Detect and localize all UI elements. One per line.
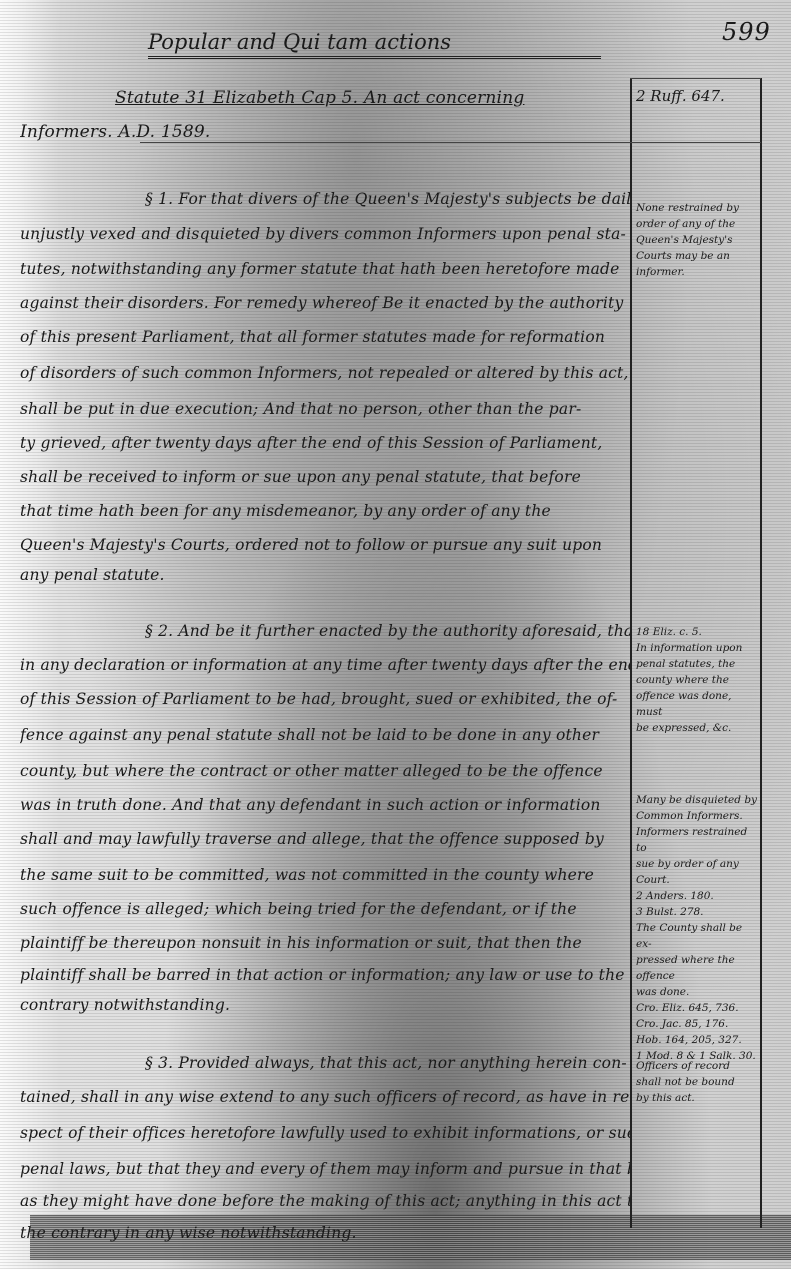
section-1-line: that time hath been for any misdemeanor,… xyxy=(20,502,630,520)
section-1-line: any penal statute. xyxy=(20,566,630,584)
section-3-line: the contrary in any wise notwithstanding… xyxy=(20,1224,630,1242)
section-1-line: ty grieved, after twenty days after the … xyxy=(20,434,630,452)
margin-column-rule-right xyxy=(760,78,762,1228)
section-2-line: such offence is alleged; which being tri… xyxy=(20,900,630,918)
section-1-line: tutes, notwithstanding any former statut… xyxy=(20,260,630,278)
section-1-line: of disorders of such common Informers, n… xyxy=(20,364,630,382)
section-2-line: was in truth done. And that any defendan… xyxy=(20,796,630,814)
section-3-line: spect of their offices heretofore lawful… xyxy=(20,1124,630,1142)
section-2-line: the same suit to be committed, was not c… xyxy=(20,866,630,884)
section-1-line: against their disorders. For remedy wher… xyxy=(20,294,630,312)
section-3-line: penal laws, but that they and every of t… xyxy=(20,1160,630,1178)
statute-title-line-2: Informers. A.D. 1589. xyxy=(20,122,630,142)
margin-note-section-2-statute: 18 Eliz. c. 5. In information upon penal… xyxy=(636,624,758,736)
section-2-line: contrary notwithstanding. xyxy=(20,996,630,1014)
section-1-line: of this present Parliament, that all for… xyxy=(20,328,630,346)
section-1-line: unjustly vexed and disquieted by divers … xyxy=(20,225,630,243)
section-2-line: plaintiff be thereupon nonsuit in his in… xyxy=(20,934,630,952)
section-1-line: § 1. For that divers of the Queen's Maje… xyxy=(20,190,630,208)
margin-note-section-2-references: Many be disquieted by Common Informers. … xyxy=(636,792,758,1064)
section-2-line: fence against any penal statute shall no… xyxy=(20,726,630,744)
section-3-line: tained, shall in any wise extend to any … xyxy=(20,1088,630,1106)
section-3-line: as they might have done before the makin… xyxy=(20,1192,630,1210)
margin-column-rule-left xyxy=(630,78,632,1228)
title-top-rule xyxy=(630,78,761,79)
section-1-line: shall be put in due execution; And that … xyxy=(20,400,630,418)
section-1-line: shall be received to inform or sue upon … xyxy=(20,468,630,486)
margin-note-section-3: Officers of record shall not be bound by… xyxy=(636,1058,758,1106)
statute-title: Statute 31 Elizabeth Cap 5. An act conce… xyxy=(115,88,524,108)
section-3-line: § 3. Provided always, that this act, nor… xyxy=(20,1054,630,1072)
margin-note-section-1: None restrained by order of any of the Q… xyxy=(636,200,758,280)
title-bottom-rule xyxy=(140,142,761,143)
section-2-line: in any declaration or information at any… xyxy=(20,656,630,674)
margin-reference-title: 2 Ruff. 647. xyxy=(636,88,758,104)
section-2-line: county, but where the contract or other … xyxy=(20,762,630,780)
statute-title-line-1: Statute 31 Elizabeth Cap 5. An act conce… xyxy=(20,88,630,108)
section-2-line: § 2. And be it further enacted by the au… xyxy=(20,622,630,640)
section-2-line: shall and may lawfully traverse and alle… xyxy=(20,830,630,848)
page-heading: Popular and Qui tam actions xyxy=(148,30,601,59)
section-2-line: plaintiff shall be barred in that action… xyxy=(20,966,630,984)
section-2-line: of this Session of Parliament to be had,… xyxy=(20,690,630,708)
page-number: 599 xyxy=(722,18,771,46)
section-1-line: Queen's Majesty's Courts, ordered not to… xyxy=(20,536,630,554)
